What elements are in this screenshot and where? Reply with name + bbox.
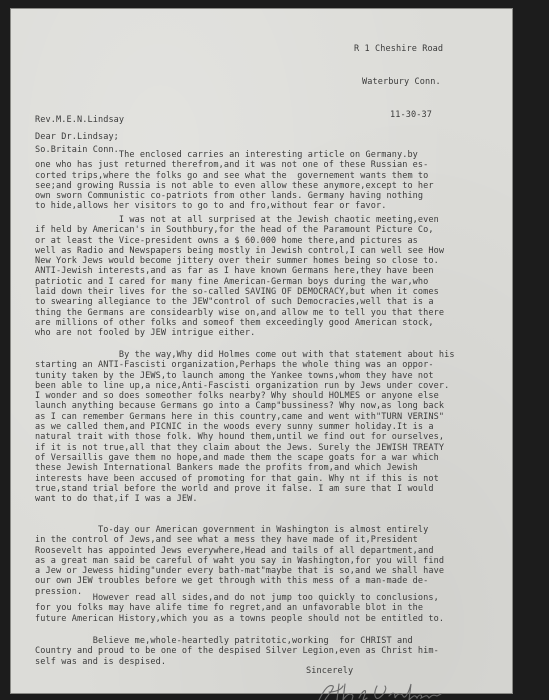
recipient-name: Rev.M.E.N.Lindsay: [35, 115, 124, 125]
paragraph-line: I wonder and so does someother folks nea…: [35, 391, 515, 401]
return-address-street: R 1 Cheshire Road: [354, 44, 443, 55]
paragraph: However read all sides,and do not jump t…: [35, 593, 515, 624]
paragraph-line: as we called them,and PICNIC in the wood…: [35, 422, 515, 432]
paragraph-line: one who has just returned therefrom,and …: [35, 160, 515, 170]
paragraph-line: Roosevelt has appointed Jews everywhere,…: [35, 546, 515, 556]
paragraph-line: or at least the Vice-president owns a $ …: [35, 236, 515, 246]
paragraph-line: if it is not true,all that they claim ab…: [35, 443, 515, 453]
return-address: R 1 Cheshire Road Waterbury Conn. 11-30-…: [354, 22, 443, 143]
salutation: Dear Dr.Lindsay;: [35, 132, 119, 142]
paragraph: The enclosed carries an interesting arti…: [35, 150, 515, 212]
paragraph-line: future American History,which you as a t…: [35, 614, 515, 624]
return-address-city: Waterbury Conn.: [354, 77, 443, 88]
paragraph-line: true,stand trial before the world and pr…: [35, 484, 515, 494]
paragraph: Believe me,whole-heartedly patritotic,wo…: [35, 636, 515, 667]
paragraph-line: as a great man said be careful of waht y…: [35, 556, 515, 566]
letter-page: R 1 Cheshire Road Waterbury Conn. 11-30-…: [10, 8, 513, 694]
handwritten-signature: [315, 680, 445, 700]
letter-date: 11-30-37: [354, 110, 443, 121]
paragraph-line: these Jewish International Bankers made …: [35, 463, 515, 473]
paragraph-line: for you folks may have alife time fo reg…: [35, 603, 515, 613]
paragraph-line: thing the Germans are considearbly wise …: [35, 308, 515, 318]
paragraph-line: well as Radio and Newspapers being mostl…: [35, 246, 515, 256]
paragraph-line: are millions of other folks and someof t…: [35, 318, 515, 328]
paragraph-line: a Jew or Jewess hiding"under every bath-…: [35, 566, 515, 576]
scan-background: R 1 Cheshire Road Waterbury Conn. 11-30-…: [0, 0, 549, 700]
paragraph-line: To-day our American government in Washin…: [35, 525, 515, 535]
paragraph-line: Country and proud to be one of the despi…: [35, 646, 515, 656]
paragraph-line: our own JEW troubles before we get throu…: [35, 576, 515, 586]
paragraph-line: The enclosed carries an interesting arti…: [35, 150, 515, 160]
paragraph-line: who are not fooled by JEW intrigue eithe…: [35, 328, 515, 338]
signature-scribble-icon: [315, 680, 445, 700]
paragraph-line: interests have been accused of promoting…: [35, 474, 515, 484]
paragraph: By the way,Why did Holmes come out with …: [35, 350, 515, 504]
paragraph-line: to swearing allegiance to the JEW"contro…: [35, 297, 515, 307]
paragraph: To-day our American government in Washin…: [35, 525, 515, 597]
paragraph-line: starting an ANTI-Fascisti organization,P…: [35, 360, 515, 370]
paragraph-line: in the control of Jews,and see what a me…: [35, 535, 515, 545]
paragraph-line: However read all sides,and do not jump t…: [35, 593, 515, 603]
paragraph-line: of Versaillis gave them no hope,and made…: [35, 453, 515, 463]
paragraph-line: natural trait with those folk. Why hound…: [35, 432, 515, 442]
paragraph-line: tunity taken by the JEWS,to launch among…: [35, 371, 515, 381]
paragraph-line: own sworn Communistic co-patriots from o…: [35, 191, 515, 201]
paragraph: I was not at all surprised at the Jewish…: [35, 215, 515, 339]
paragraph-line: Believe me,whole-heartedly patritotic,wo…: [35, 636, 515, 646]
closing: Sincerely: [306, 666, 353, 676]
paragraph-line: to hide,allows her visitors to go to and…: [35, 201, 515, 211]
paragraph-line: laid down their lives for the so-called …: [35, 287, 515, 297]
paragraph-line: I was not at all surprised at the Jewish…: [35, 215, 515, 225]
paragraph-line: want to do that,if I was a JEW.: [35, 494, 515, 504]
paragraph-line: see;and growing Russia is not able to ev…: [35, 181, 515, 191]
paragraph-line: as I can remember Germans here in this c…: [35, 412, 515, 422]
paragraph-line: been able to line up,a nice,Anti-Fascist…: [35, 381, 515, 391]
paragraph-line: By the way,Why did Holmes come out with …: [35, 350, 515, 360]
paragraph-line: launch anything because Germans go into …: [35, 401, 515, 411]
paragraph-line: corted trips,where the folks go and see …: [35, 171, 515, 181]
paragraph-line: patriotic and I cared for many fine Amer…: [35, 277, 515, 287]
paragraph-line: ANTI-Jewish interests,and as far as I ha…: [35, 266, 515, 276]
paragraph-line: if held by American's in Southbury,for t…: [35, 225, 515, 235]
paragraph-line: self was and is despised.: [35, 657, 515, 667]
paragraph-line: New York Jews would become jittery over …: [35, 256, 515, 266]
